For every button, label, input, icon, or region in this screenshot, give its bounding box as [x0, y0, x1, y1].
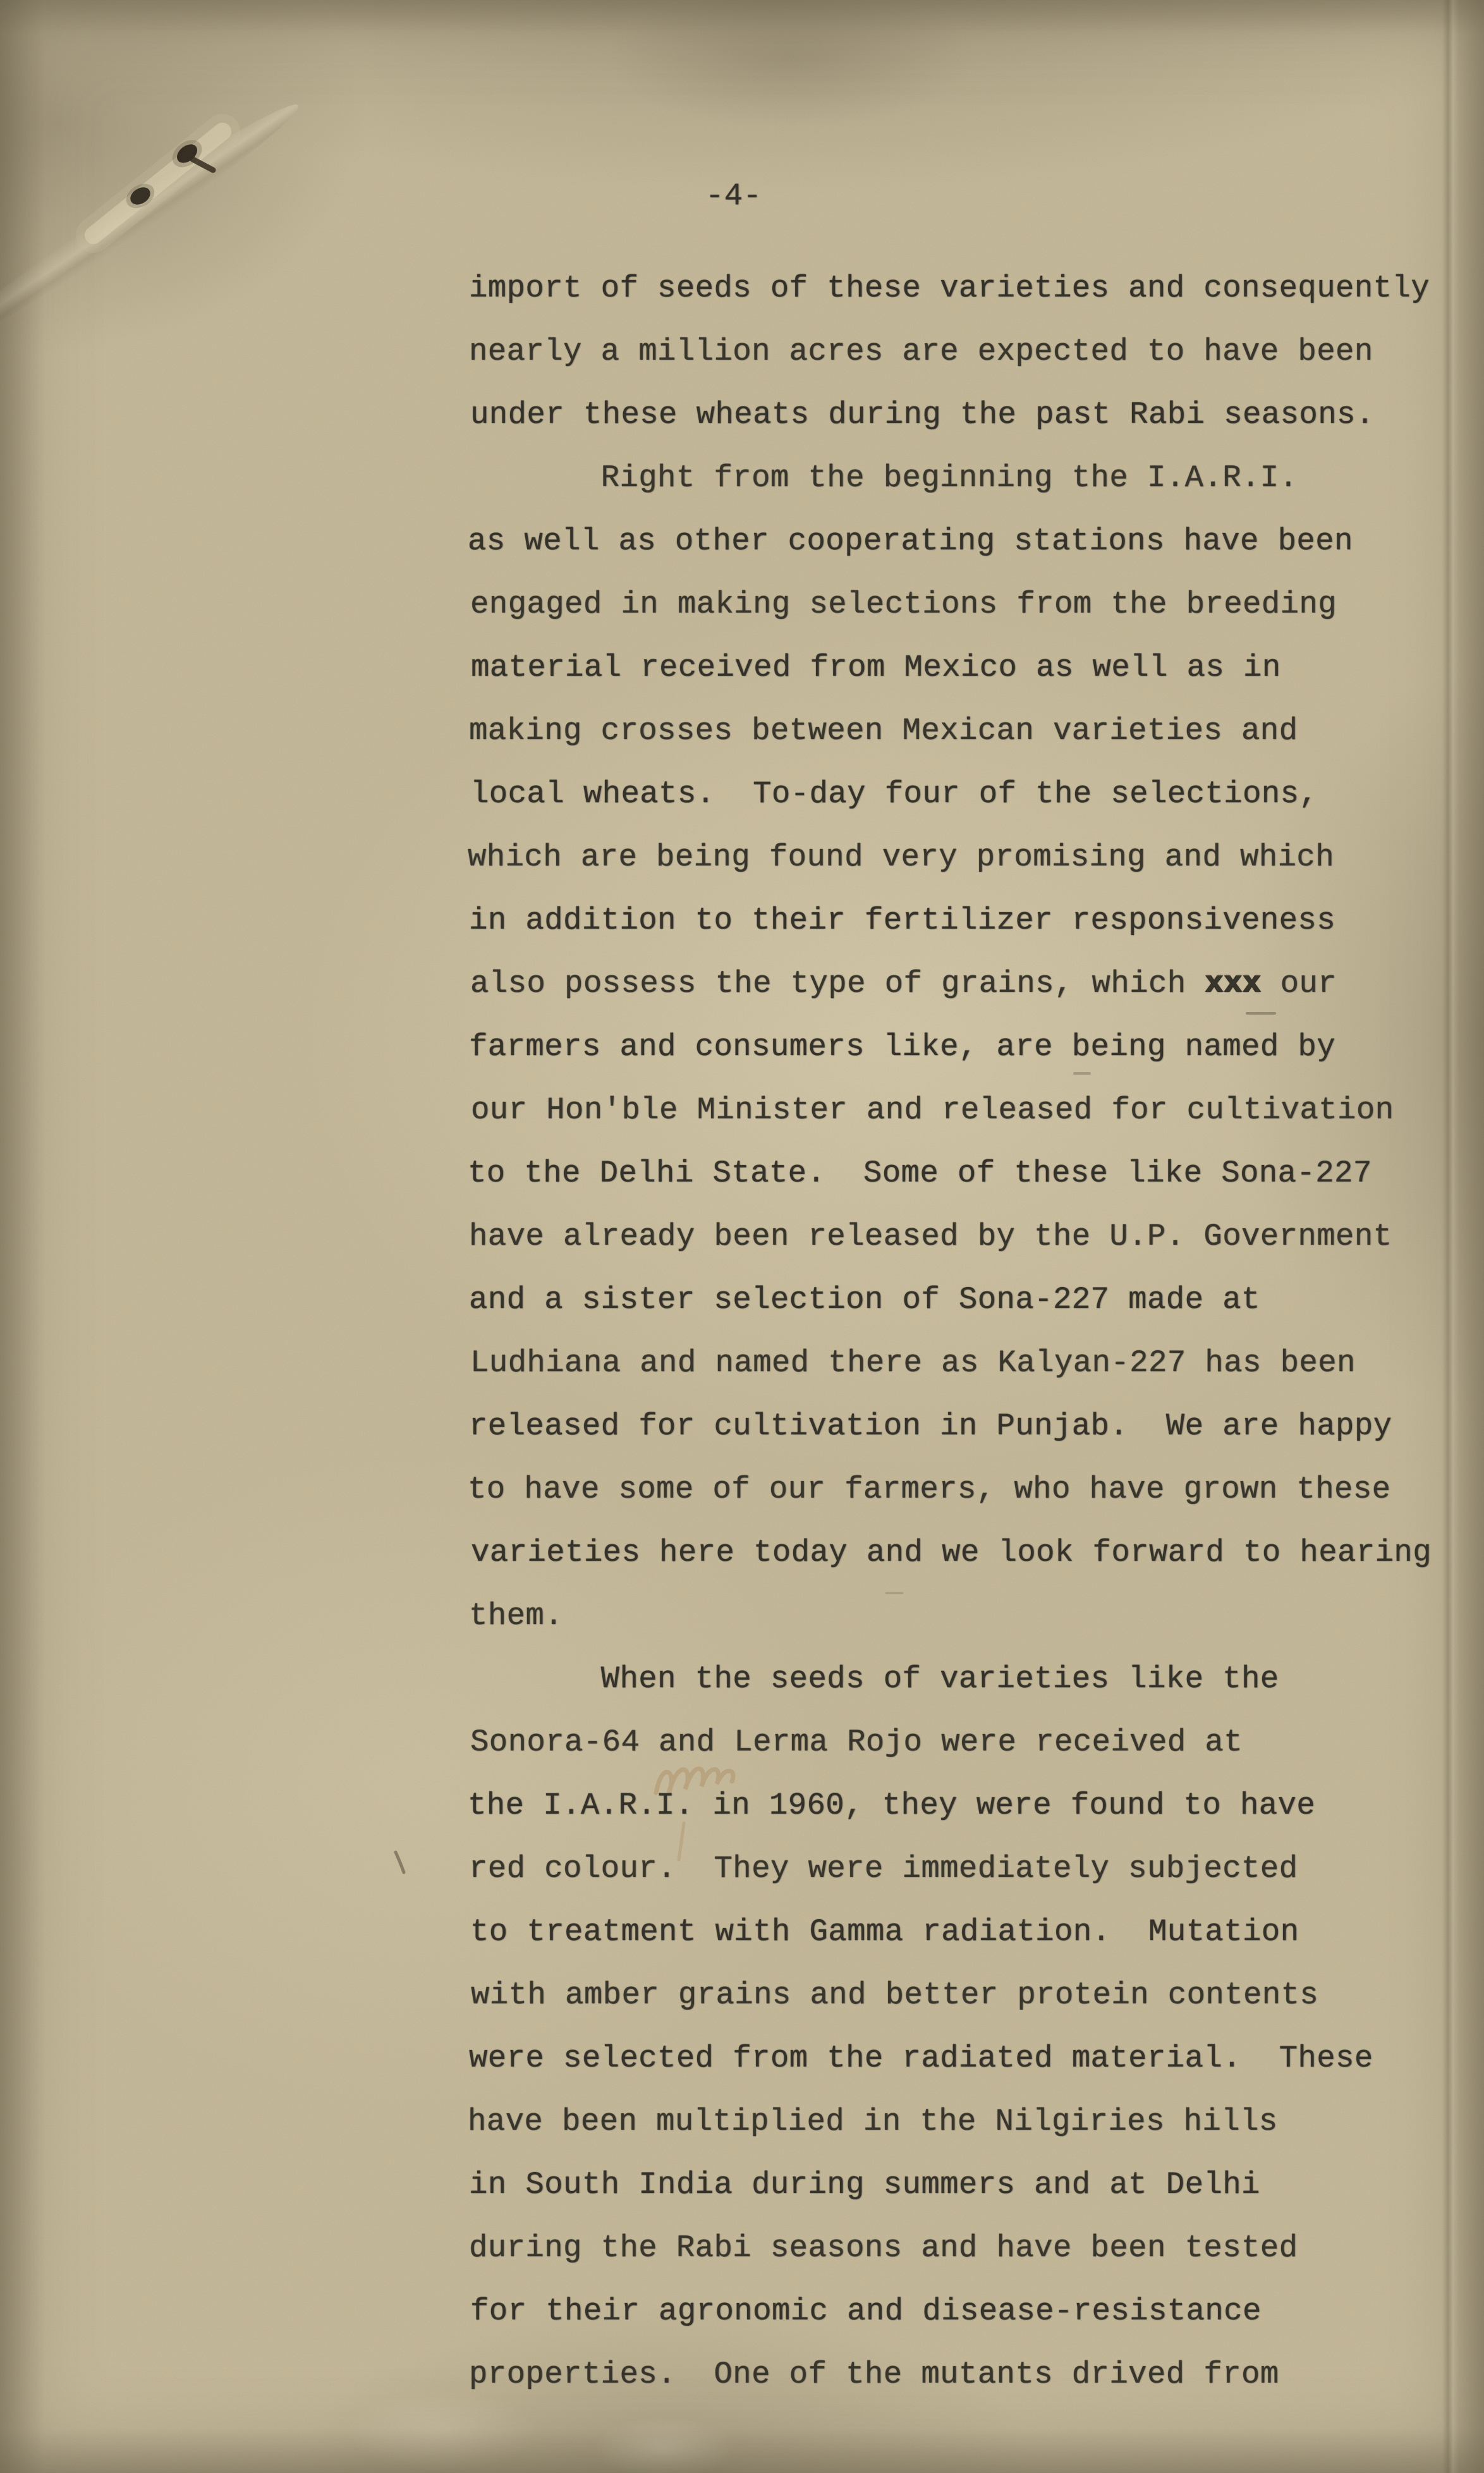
- typed-text-block: import of seeds of these varieties and c…: [469, 257, 1468, 2406]
- corner-crease: [0, 91, 308, 360]
- text-line: farmers and consumers like, are being na…: [469, 1015, 1468, 1078]
- text-line: Right from the beginning the I.A.R.I.: [469, 446, 1468, 510]
- page-number: -4-: [705, 179, 762, 213]
- text-line: our Hon'ble Minister and released for cu…: [471, 1078, 1469, 1142]
- text-line: When the seeds of varieties like the: [469, 1647, 1468, 1711]
- text-line: Sonora-64 and Lerma Rojo were received a…: [470, 1711, 1469, 1774]
- text-line: as well as other cooperating stations ha…: [468, 510, 1466, 573]
- text-line: properties. One of the mutants drived fr…: [469, 2343, 1468, 2406]
- text-line: engaged in making selections from the br…: [470, 573, 1469, 636]
- text-line: to treatment with Gamma radiation. Mutat…: [470, 1900, 1469, 1963]
- text-line: and a sister selection of Sona-227 made …: [469, 1268, 1468, 1331]
- text-line: Ludhiana and named there as Kalyan-227 h…: [470, 1331, 1469, 1395]
- text-line: with amber grains and better protein con…: [471, 1963, 1469, 2027]
- text-line: in South India during summers and at Del…: [469, 2153, 1468, 2216]
- text-line: also possess the type of grains, which x…: [470, 952, 1469, 1015]
- text-line: the I.A.R.I. in 1960, they were found to…: [468, 1774, 1466, 1837]
- paper-page: -4- import of seeds of these varieties a…: [0, 0, 1484, 2473]
- text-line: have already been released by the U.P. G…: [469, 1205, 1468, 1268]
- text-line: to the Delhi State. Some of these like S…: [468, 1142, 1466, 1205]
- text-line: in addition to their fertilizer responsi…: [469, 889, 1468, 952]
- text-line: material received from Mexico as well as…: [471, 636, 1469, 699]
- text-line: to have some of our farmers, who have gr…: [468, 1458, 1466, 1521]
- text-line: under these wheats during the past Rabi …: [470, 383, 1469, 446]
- staple-mark: [94, 131, 222, 235]
- text-line: red colour. They were immediately subjec…: [469, 1837, 1468, 1900]
- text-line: released for cultivation in Punjab. We a…: [469, 1395, 1468, 1458]
- text-line: local wheats. To-day four of the selecti…: [470, 762, 1469, 826]
- text-line: for their agronomic and disease-resistan…: [470, 2280, 1469, 2343]
- text-line: were selected from the radiated material…: [469, 2027, 1468, 2090]
- text-line: which are being found very promising and…: [468, 826, 1466, 889]
- text-line: varieties here today and we look forward…: [471, 1521, 1469, 1584]
- text-line: them.: [469, 1584, 1468, 1647]
- text-line: making crosses between Mexican varieties…: [469, 699, 1468, 762]
- text-line: have been multiplied in the Nilgiries hi…: [468, 2090, 1466, 2153]
- text-line: import of seeds of these varieties and c…: [469, 257, 1468, 320]
- overstruck-text: xxx: [1205, 966, 1261, 1001]
- text-line: during the Rabi seasons and have been te…: [469, 2216, 1468, 2280]
- margin-tick: [396, 1852, 404, 1872]
- text-line: nearly a million acres are expected to h…: [469, 320, 1468, 383]
